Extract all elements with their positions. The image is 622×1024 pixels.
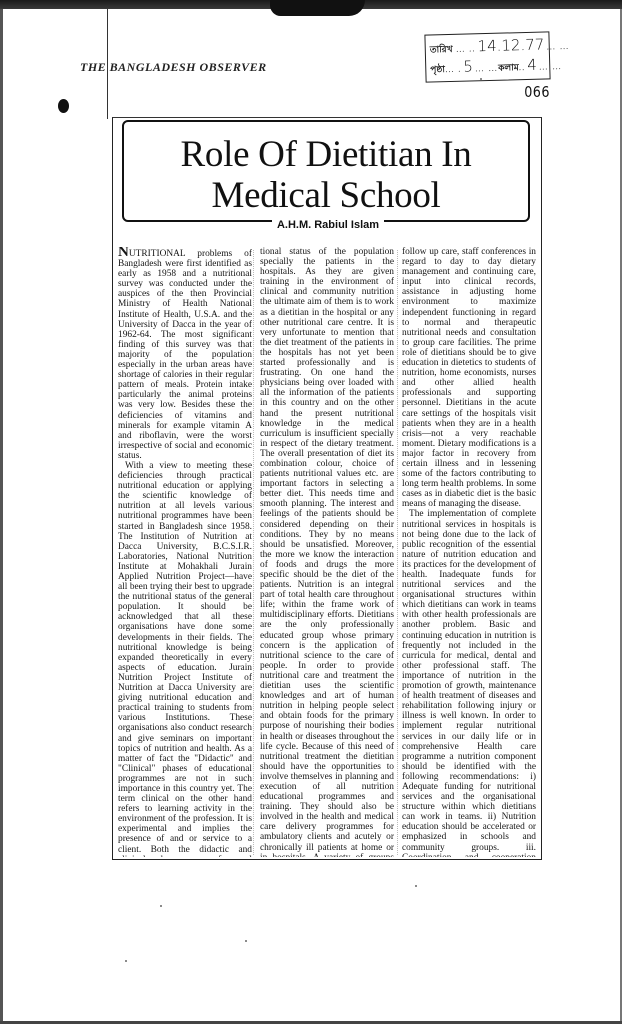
article-column-1: NUTRITIONAL problems of Bangladesh were … (118, 247, 252, 857)
byline-row: A.H.M. Rabiul Islam (128, 215, 528, 231)
stamp-column-value: 4 (525, 56, 539, 74)
stamp-dots: … … (475, 63, 499, 74)
headline-line-2: Medical School (211, 175, 440, 216)
stamp-dots: … .. (452, 43, 475, 54)
scan-speck (245, 940, 247, 942)
stamp-page-row: পৃষ্ঠা … . 5 … … কলাম .. 4 … … (430, 55, 545, 78)
newspaper-masthead: THE BANGLADESH OBSERVER (80, 60, 267, 75)
stamp-page-value: 5 (461, 57, 475, 75)
scan-speck (160, 905, 162, 907)
archive-number: 066 (524, 83, 550, 101)
article-body: NUTRITIONAL problems of Bangladesh were … (118, 247, 536, 857)
stamp-column-label: কলাম (498, 60, 519, 76)
archive-stamp: তারিখ … .. 14.12.77 … … পৃষ্ঠা … . 5 … …… (424, 31, 550, 82)
article-byline: A.H.M. Rabiul Islam (272, 219, 384, 231)
paragraph: tional status of the population speciall… (260, 247, 394, 857)
stamp-date-label: তারিখ (430, 42, 453, 58)
stamp-dots: … … (539, 61, 563, 72)
scan-speck (480, 78, 482, 80)
stamp-dots: … … (546, 41, 570, 52)
scan-speck (415, 885, 417, 887)
paragraph: With a view to meeting these deficiencie… (118, 461, 252, 857)
scan-speck (125, 960, 127, 962)
scan-tear-notch (270, 0, 365, 16)
headline-box: Role Of Dietitian In Medical School (122, 120, 530, 222)
paragraph-text: UTRITIONAL problems of Bangladesh were f… (118, 249, 252, 461)
stamp-dots: … . (445, 64, 462, 74)
article-column-3: follow up care, staff conferences in reg… (402, 247, 536, 857)
headline-line-1: Role Of Dietitian In (181, 134, 472, 175)
stamp-date-value: 14.12.77 (475, 35, 546, 55)
punch-hole-mark (58, 99, 69, 113)
article-headline: Role Of Dietitian In Medical School (124, 134, 528, 216)
article-column-2: tional status of the population speciall… (260, 247, 394, 857)
paragraph: NUTRITIONAL problems of Bangladesh were … (118, 247, 252, 461)
paragraph: follow up care, staff conferences in reg… (402, 247, 536, 509)
stamp-page-label: পৃষ্ঠা (430, 62, 445, 77)
paragraph: The implementation of complete nutrition… (402, 509, 536, 857)
page-edge-left (0, 9, 3, 1024)
